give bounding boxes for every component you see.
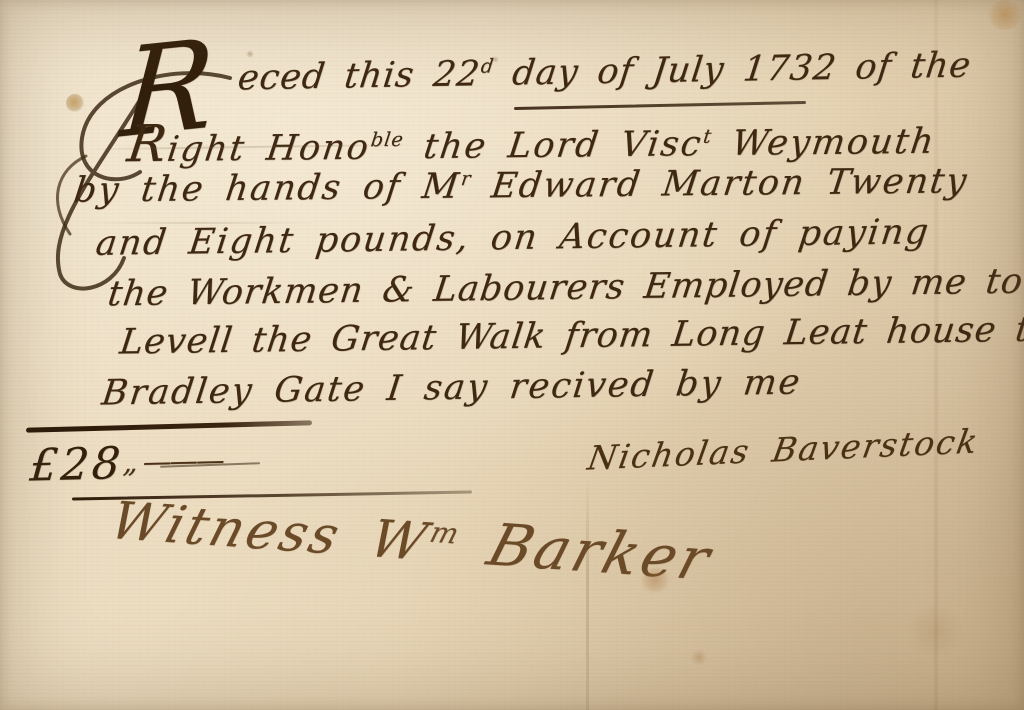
foxing-spot — [690, 650, 708, 665]
foxing-spot — [66, 94, 84, 112]
line3-text: by the hands of M — [71, 167, 462, 211]
line2-mid: the Lord Visc — [400, 124, 705, 167]
line1-end: of the — [834, 46, 974, 88]
receipt-line-3: by the hands of Mr Edward Marton Twenty — [71, 161, 970, 210]
paper-crease — [586, 478, 589, 710]
amount-dashes: „ ——— — [122, 442, 224, 479]
manuscript-receipt-photo: R eced this 22d day of July 1732 of the … — [0, 0, 1024, 710]
pound-sign: £ — [28, 440, 63, 492]
line1-mid: day of — [491, 51, 655, 94]
receipt-line-1: eced this 22d day of July 1732 of the — [236, 46, 974, 99]
foxing-spot — [906, 608, 966, 654]
superscript-ble: ble — [369, 128, 405, 151]
pen-flourish-stroke — [26, 420, 312, 432]
line2-text: ight Hono — [165, 128, 373, 170]
receipt-line-6: Levell the Great Walk from Long Leat hou… — [118, 309, 1024, 362]
witness-surname: Barker — [447, 509, 720, 594]
date-text: July 1732 — [650, 48, 839, 91]
witness-text: Witness W — [103, 492, 436, 573]
payee-signature: Nicholas Baverstock — [585, 421, 982, 477]
witness-signature: Witness Wm Barker — [103, 485, 720, 594]
receipt-line-7: Bradley Gate I say recived by me — [100, 362, 804, 413]
paper-speck — [246, 50, 254, 58]
line3-end: Edward Marton Twenty — [468, 161, 971, 206]
line1-text: eced this 22 — [236, 54, 483, 98]
corner-stain — [988, 0, 1022, 30]
line2-end: Weymouth — [709, 122, 938, 164]
receipt-line-5: the Workmen & Labourers Employed by me t… — [106, 262, 1024, 315]
receipt-line-4: and Eight pounds, on Account of paying — [94, 212, 933, 264]
amount-value: 28 — [59, 438, 125, 491]
